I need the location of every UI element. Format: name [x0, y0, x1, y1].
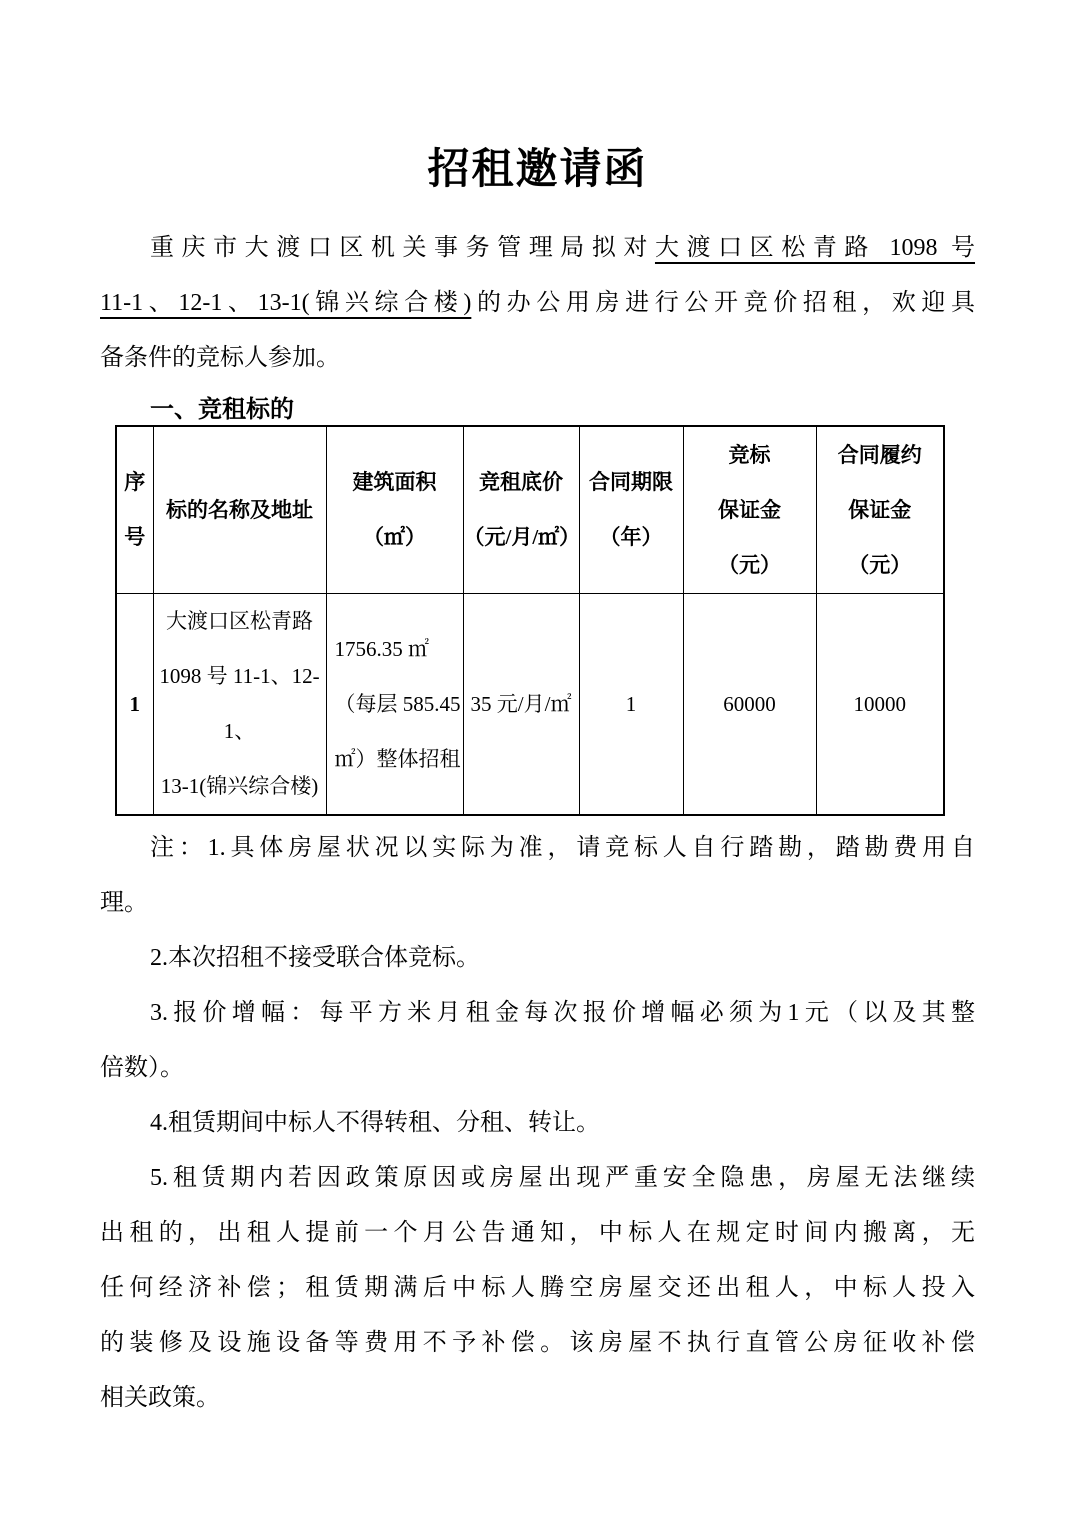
intro-line-1-underlined-address: 大渡口区松青路 1098 号: [655, 235, 975, 261]
note-1-line-2: 理。: [100, 876, 975, 931]
header-building-area: 建筑面积 （㎡）: [326, 426, 463, 594]
note-3-line-1: 3.报价增幅：每平方米月租金每次报价增幅必须为1元（以及其整: [100, 986, 975, 1041]
document-page: 招租邀请函 重庆市大渡口区机关事务管理局拟对大渡口区松青路 1098 号 11-…: [0, 0, 1074, 1520]
note-2: 2.本次招租不接受联合体竞标。: [100, 931, 975, 986]
note-3-line-2: 倍数）。: [100, 1041, 975, 1096]
cell-target-name-address: 大渡口区松青路 1098 号 11-1、12-1、 13-1(锦兴综合楼): [153, 594, 326, 816]
intro-line-1-text: 重庆市大渡口区机关事务管理局拟对: [150, 235, 655, 261]
header-serial-number: 序 号: [116, 426, 153, 594]
cell-bid-deposit: 60000: [683, 594, 816, 816]
cell-building-area: 1756.35 ㎡ （每层 585.45 ㎡）整体招租: [326, 594, 463, 816]
header-target-name-address: 标的名称及地址: [153, 426, 326, 594]
cell-contract-term: 1: [579, 594, 683, 816]
header-performance-deposit: 合同履约 保证金 （元）: [816, 426, 944, 594]
document-content: 招租邀请函 重庆市大渡口区机关事务管理局拟对大渡口区松青路 1098 号 11-…: [100, 0, 975, 1426]
header-base-rent: 竞租底价 （元/月/㎡）: [463, 426, 579, 594]
note-5-line-1: 5.租赁期内若因政策原因或房屋出现严重安全隐患，房屋无法继续: [100, 1151, 975, 1206]
table-row: 1 大渡口区松青路 1098 号 11-1、12-1、 13-1(锦兴综合楼) …: [116, 594, 944, 816]
intro-line-2-underlined-address: 11-1、12-1、13-1(锦兴综合楼): [100, 290, 471, 316]
document-title: 招租邀请函: [100, 140, 975, 200]
cell-performance-deposit: 10000: [816, 594, 944, 816]
bid-targets-table: 序 号 标的名称及地址 建筑面积 （㎡） 竞租底价 （元/月/㎡） 合同期限 （…: [115, 425, 945, 816]
note-5-line-4: 的装修及设施设备等费用不予补偿。该房屋不执行直管公房征收补偿: [100, 1316, 975, 1371]
intro-line-1: 重庆市大渡口区机关事务管理局拟对大渡口区松青路 1098 号: [100, 221, 975, 276]
note-5-line-2: 出租的，出租人提前一个月公告通知，中标人在规定时间内搬离，无: [100, 1206, 975, 1261]
cell-base-rent: 35 元/月/㎡: [463, 594, 579, 816]
notes-section: 注：1.具体房屋状况以实际为准，请竞标人自行踏勘，踏勘费用自 理。 2.本次招租…: [100, 821, 975, 1426]
note-1-line-1: 注：1.具体房屋状况以实际为准，请竞标人自行踏勘，踏勘费用自: [100, 821, 975, 876]
note-5-line-5: 相关政策。: [100, 1371, 975, 1426]
note-5-line-3: 任何经济补偿；租赁期满后中标人腾空房屋交还出租人，中标人投入: [100, 1261, 975, 1316]
note-4: 4.租赁期间中标人不得转租、分租、转让。: [100, 1096, 975, 1151]
section-heading-bid-targets: 一、竞租标的: [100, 395, 975, 425]
table-body: 1 大渡口区松青路 1098 号 11-1、12-1、 13-1(锦兴综合楼) …: [116, 594, 944, 816]
intro-line-2: 11-1、12-1、13-1(锦兴综合楼)的办公用房进行公开竞价招租，欢迎具: [100, 276, 975, 331]
cell-serial-number: 1: [116, 594, 153, 816]
intro-line-2-text: 的办公用房进行公开竞价招租，欢迎具: [471, 290, 975, 316]
intro-paragraph: 重庆市大渡口区机关事务管理局拟对大渡口区松青路 1098 号 11-1、12-1…: [100, 221, 975, 386]
header-bid-deposit: 竞标 保证金 （元）: [683, 426, 816, 594]
header-contract-term: 合同期限 （年）: [579, 426, 683, 594]
table-header-row: 序 号 标的名称及地址 建筑面积 （㎡） 竞租底价 （元/月/㎡） 合同期限 （…: [116, 426, 944, 594]
intro-line-3: 备条件的竞标人参加。: [100, 331, 975, 386]
